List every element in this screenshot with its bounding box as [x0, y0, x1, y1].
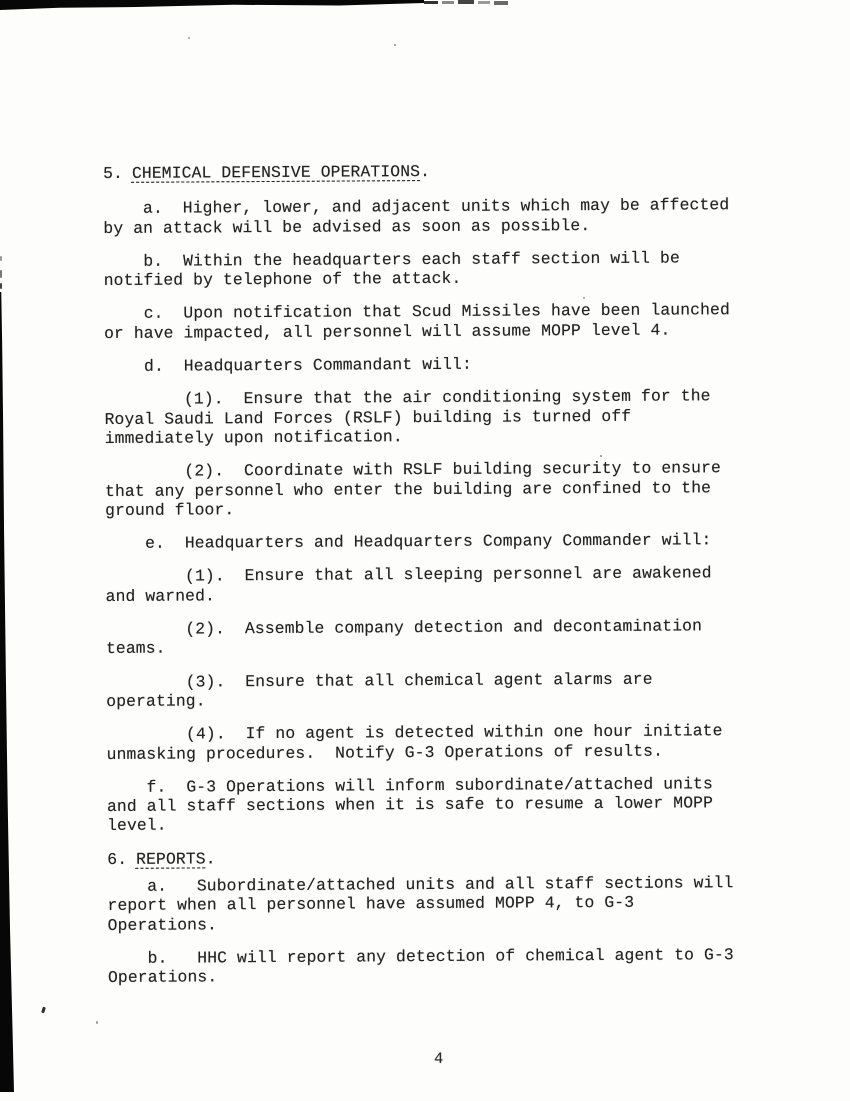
section-6-number: 6.: [107, 850, 127, 869]
scan-artifact-dash: [458, 0, 474, 4]
document-body: 5.CHEMICAL DEFENSIVE OPERATIONS. a. High…: [103, 160, 773, 1002]
scan-artifact-dash: [442, 1, 454, 4]
scan-speck: [0, 256, 2, 261]
scan-speck: [41, 1007, 46, 1014]
section-6-heading: 6.REPORTS.: [107, 846, 772, 869]
section-5-title-period: .: [420, 162, 430, 181]
scan-artifact-dash: [478, 1, 490, 4]
page-number: 4: [434, 1050, 443, 1068]
paragraph-5e4: (4). If no agent is detected within one …: [106, 721, 771, 764]
paragraph-5d1: (1). Ensure that the air conditioning sy…: [104, 386, 769, 448]
paragraph-5e1: (1). Ensure that all sleeping personnel …: [105, 563, 770, 606]
paragraph-5e: e. Headquarters and Headquarters Company…: [105, 530, 770, 553]
scan-speck: [0, 270, 2, 278]
section-6-title: REPORTS: [136, 849, 206, 868]
scan-speck: [394, 44, 396, 46]
paragraph-5a: a. Higher, lower, and adjacent units whi…: [103, 195, 768, 238]
scan-artifact-dash: [424, 1, 438, 4]
paragraph-5c: c. Upon notification that Scud Missiles …: [104, 300, 769, 343]
scanned-document-page: 5.CHEMICAL DEFENSIVE OPERATIONS. a. High…: [0, 0, 850, 1101]
paragraph-5f: f. G-3 Operations will inform subordinat…: [107, 774, 772, 836]
paragraph-6b: b. HHC will report any detection of chem…: [108, 945, 773, 988]
section-5-title: CHEMICAL DEFENSIVE OPERATIONS: [132, 162, 420, 183]
paragraph-5e3: (3). Ensure that all chemical agent alar…: [106, 669, 771, 712]
scan-speck: [0, 283, 2, 289]
scan-speck: [96, 1021, 98, 1024]
paragraph-5d: d. Headquarters Commandant will:: [104, 353, 769, 376]
paragraph-6a: a. Subordinate/attached units and all st…: [107, 873, 772, 935]
paragraph-5d2: (2). Coordinate with RSLF building secur…: [105, 458, 770, 520]
scan-artifact-dash: [494, 1, 508, 5]
scan-artifact-left-edge: [0, 292, 14, 1092]
section-5-heading: 5.CHEMICAL DEFENSIVE OPERATIONS.: [103, 160, 768, 183]
section-5-number: 5.: [103, 164, 123, 183]
scan-speck: [188, 37, 190, 39]
paragraph-5b: b. Within the headquarters each staff se…: [104, 248, 769, 291]
scan-artifact-top-edge: [0, 0, 424, 10]
section-6-title-period: .: [206, 849, 216, 868]
paragraph-5e2: (2). Assemble company detection and deco…: [106, 616, 771, 659]
